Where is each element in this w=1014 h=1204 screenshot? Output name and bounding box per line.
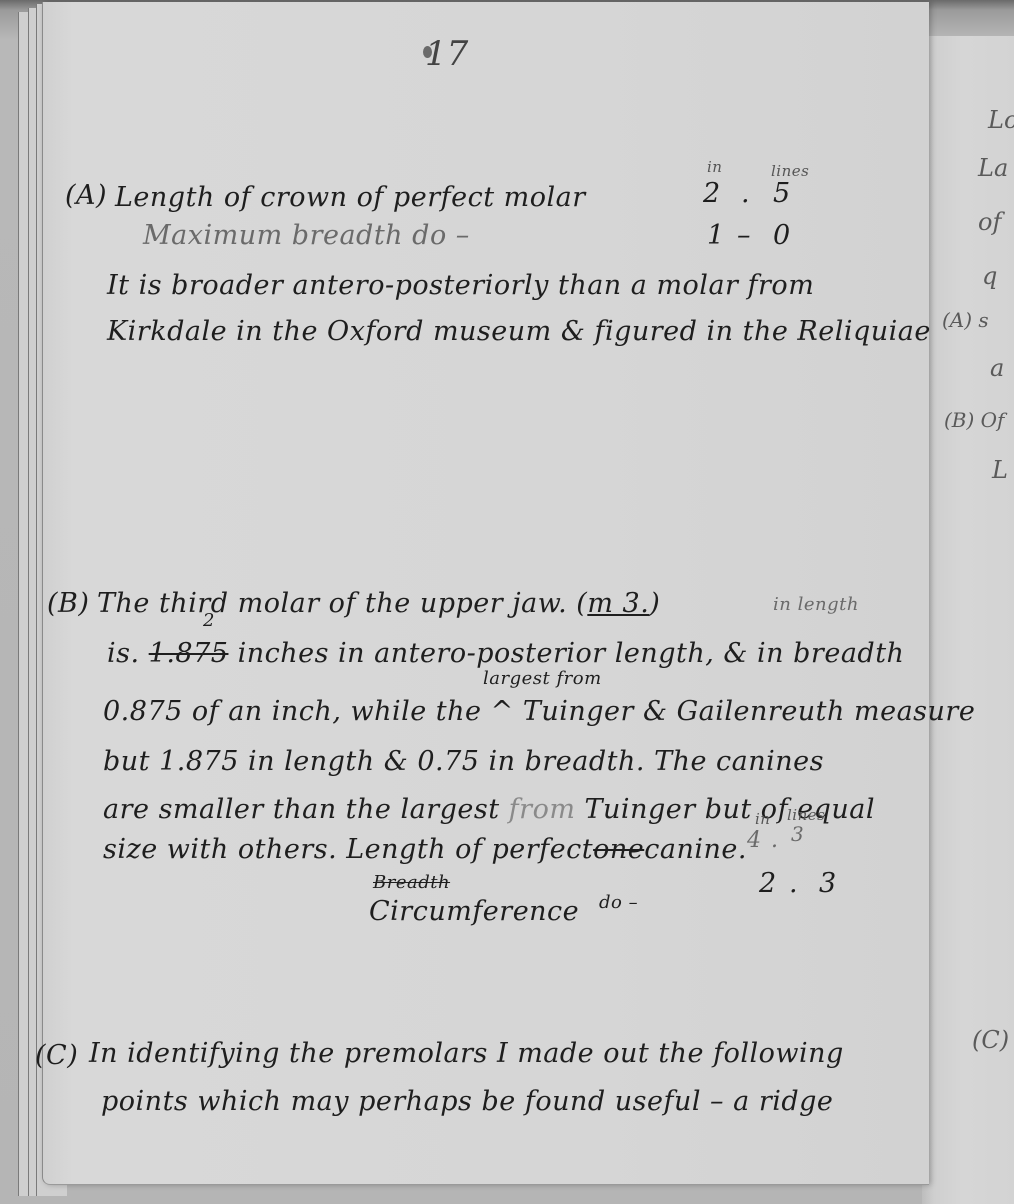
- section-label: (A): [65, 180, 107, 211]
- text-line: size with others. Length of perfectoneca…: [103, 834, 747, 865]
- adjacent-fragment: La: [978, 154, 1008, 182]
- text-fragment: ): [649, 588, 660, 619]
- measurement-inches: 2: [759, 868, 777, 899]
- adjacent-page: Lo La of q (A) s a (B) Of L (C): [922, 36, 1014, 1204]
- measurement-sep: –: [737, 220, 751, 251]
- adjacent-fragment: (C): [972, 1026, 1009, 1054]
- text-line: It is broader antero-posteriorly than a …: [107, 270, 814, 301]
- text-line: Kirkdale in the Oxford museum & figured …: [107, 316, 931, 347]
- struck-text: 1.875: [149, 638, 229, 669]
- adjacent-fragment: L: [992, 456, 1008, 484]
- measurement-inches: 4: [747, 828, 762, 853]
- text-fragment: are smaller than the largest: [103, 794, 500, 825]
- text-line: Length of crown of perfect molar: [115, 182, 586, 213]
- adjacent-fragment: (A) s: [942, 308, 989, 332]
- section-label: (C): [35, 1040, 78, 1071]
- insertion-above: largest from: [483, 668, 602, 689]
- adjacent-fragment: (B) Of: [944, 408, 1004, 432]
- adjacent-fragment: Lo: [988, 106, 1014, 134]
- adjacent-fragment: of: [978, 208, 1001, 236]
- molar-reference: m 3.: [587, 588, 649, 619]
- text-line: 0.875 of an inch, while the ^ Tuinger & …: [103, 696, 975, 727]
- section-label: (B): [47, 588, 89, 619]
- text-fragment: The third molar of the upper jaw. (: [97, 588, 587, 619]
- text-line: Circumference: [369, 896, 579, 927]
- measurement-sep: .: [789, 868, 798, 899]
- measurement-lines: 5: [773, 178, 791, 209]
- measurement-inches: 2: [703, 178, 721, 209]
- struck-text: one: [593, 834, 644, 865]
- ditto-mark: do –: [599, 892, 638, 913]
- faint-text: in length: [773, 594, 859, 615]
- measurement-sep: .: [771, 828, 779, 853]
- page-number: 17: [425, 34, 468, 74]
- faint-text: from: [509, 794, 576, 825]
- correction-above: 2: [203, 610, 215, 631]
- text-line: is. 1.875 inches in antero-posterior len…: [107, 638, 904, 669]
- text-line: In identifying the premolars I made out …: [89, 1038, 844, 1069]
- photo-scene: Lo La of q (A) s a (B) Of L (C) 17 (A) L…: [0, 0, 1014, 1204]
- measurement-lines: 0: [773, 220, 791, 251]
- adjacent-fragment: q: [982, 262, 997, 290]
- measurement-lines: 3: [819, 868, 837, 899]
- text-line: The third molar of the upper jaw. (m 3.): [97, 588, 660, 619]
- struck-text: Breadth: [373, 872, 450, 893]
- measurement-inches: 1: [707, 220, 725, 251]
- text-fragment: canine.: [644, 834, 747, 865]
- text-line: but 1.875 in length & 0.75 in breadth. T…: [103, 746, 824, 777]
- text-fragment: size with others. Length of perfect: [103, 834, 593, 865]
- adjacent-fragment: a: [990, 354, 1004, 382]
- text-line: points which may perhaps be found useful…: [101, 1086, 833, 1117]
- text-fragment: Tuinger but of equal: [585, 794, 876, 825]
- unit-label: in: [755, 810, 770, 828]
- measurement-lines: 3: [791, 822, 804, 846]
- text-fragment: inches in antero-posterior length, & in …: [238, 638, 905, 669]
- measurement-sep: .: [741, 178, 750, 209]
- text-fragment: is.: [107, 638, 140, 669]
- manuscript-page: 17 (A) Length of crown of perfect molar …: [42, 2, 929, 1185]
- unit-label: in: [707, 158, 722, 176]
- text-line: Maximum breadth do –: [143, 220, 470, 251]
